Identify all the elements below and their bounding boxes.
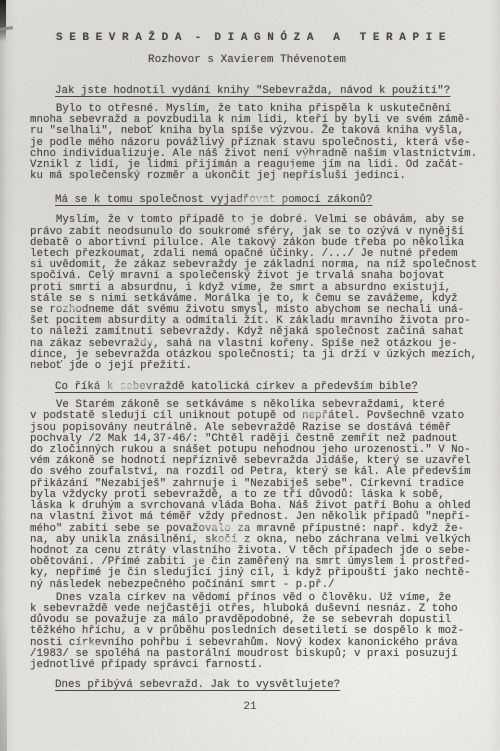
answer-2: Myslím, že v tomto případě to je dobré. … xyxy=(30,215,482,372)
page-number: 21 xyxy=(0,701,500,713)
question-1: Jak jste hodnotil vydání knihy "Sebevraž… xyxy=(55,85,482,97)
scan-left-edge-shade xyxy=(0,616,7,751)
scan-dash-mark xyxy=(0,26,13,31)
document-title: S E B E V R A Ž D A - D I A G N Ó Z A A … xyxy=(56,32,482,45)
page-content: S E B E V R A Ž D A - D I A G N Ó Z A A … xyxy=(30,0,482,691)
question-2-text: Má se k tomu společnost vyjadřovat pomoc… xyxy=(55,194,372,206)
answer-3-paragraph-2: Dnes vzala církev na vědomí přínos věd o… xyxy=(30,593,482,671)
question-3: Co říká k sebevraždě katolická církev a … xyxy=(55,381,482,393)
scanned-document-page: S E B E V R A Ž D A - D I A G N Ó Z A A … xyxy=(0,0,500,751)
scan-corner-smudge xyxy=(0,0,6,42)
question-4: Dnes přibývá sebevražd. Jak to vysvětluj… xyxy=(55,679,482,691)
document-subtitle: Rozhovor s Xavierem Thévenotem xyxy=(148,54,482,67)
question-3-text: Co říká k sebevraždě katolická církev a … xyxy=(55,381,418,393)
answer-1: Bylo to otřesné. Myslím, že tato kniha p… xyxy=(30,104,482,182)
question-1-text: Jak jste hodnotil vydání knihy "Sebevraž… xyxy=(55,85,450,97)
question-2: Má se k tomu společnost vyjadřovat pomoc… xyxy=(55,194,482,206)
question-4-text: Dnes přibývá sebevražd. Jak to vysvětluj… xyxy=(55,679,340,691)
answer-3-paragraph-1: Ve Starém zákoně se setkáváme s několika… xyxy=(30,400,482,590)
